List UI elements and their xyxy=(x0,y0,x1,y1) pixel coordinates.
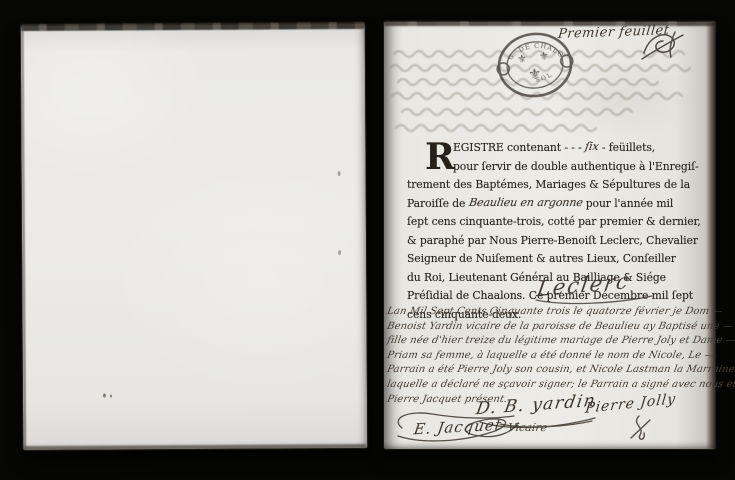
register-scan-background: Premier feuillet G. DE CHALONS xyxy=(0,0,735,480)
jolly-paraph-icon xyxy=(627,414,653,444)
print-text: - feüillets, xyxy=(599,141,656,154)
print-line: Paroiſſe de Beaulieu en argonne pour l'a… xyxy=(407,195,692,214)
register-title-page: Premier feuillet G. DE CHALONS xyxy=(384,22,715,449)
torn-page-edge-top xyxy=(21,22,365,31)
notary-paraph-icon xyxy=(640,29,684,63)
stamp-fleur-de-lis-icon: ⚜ xyxy=(538,49,549,63)
manuscript-line: Parrain a été Pierre Joly son cousin, et… xyxy=(386,363,715,378)
jacquet-signature-flourish-icon xyxy=(388,410,520,450)
drop-cap-initial: R xyxy=(425,140,455,174)
left-blank-page xyxy=(21,24,368,450)
page-edge-bottom xyxy=(25,444,365,450)
manuscript-line: Lan Mil Sept Cents Cinquante trois le qu… xyxy=(386,305,715,320)
fiscal-stamp-icon: G. DE CHALONS SOL ⚜ ⚜ ⚜ xyxy=(492,27,578,104)
print-text: pour l'année mil xyxy=(582,197,673,210)
stamp-fleur-de-lis-icon: ⚜ xyxy=(527,64,543,84)
print-line: & paraphé par Nous Pierre-Benoiſt Lecler… xyxy=(407,232,692,251)
ink-speck xyxy=(103,394,106,398)
manuscript-line: fille née d'hier treize du légitime mari… xyxy=(386,334,715,349)
print-line: Seigneur de Nuiſement & autres Lieux, Co… xyxy=(407,250,692,269)
margin-mark xyxy=(338,250,341,255)
print-line: trement des Baptémes, Mariages & Sépultu… xyxy=(407,176,692,195)
handwritten-sheet-count: ſix xyxy=(584,138,600,157)
page-edge-left xyxy=(21,26,27,450)
margin-mark xyxy=(338,171,341,176)
print-line: ſept cens cinquante-trois, cotté par pre… xyxy=(407,213,692,232)
print-text: EGISTRE contenant - - - xyxy=(453,141,585,154)
print-text: Paroiſſe de xyxy=(407,197,469,210)
handwritten-parish-name: Beaulieu en argonne xyxy=(467,194,584,213)
ink-speck xyxy=(110,395,112,398)
manuscript-line: Benoist Yardin vicaire de la paroisse de… xyxy=(386,320,715,335)
stamp-fleur-de-lis-icon: ⚜ xyxy=(516,52,527,66)
manuscript-line: Priam sa femme, à laquelle a été donné l… xyxy=(386,349,715,364)
manuscript-line: laquelle a déclaré ne sçavoir signer; le… xyxy=(386,378,715,393)
